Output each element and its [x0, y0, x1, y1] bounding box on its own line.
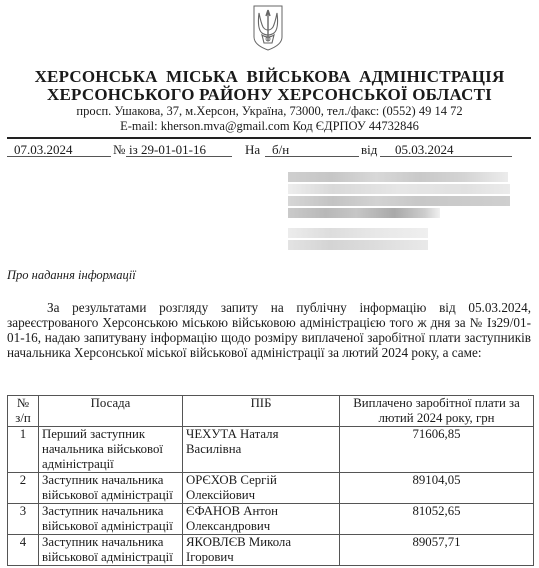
header-num: № з/п [8, 396, 39, 427]
from-label: від [361, 142, 377, 158]
reference-line: 07.03.2024 № із 29-01-01-16 На б/н від 0… [0, 142, 539, 160]
row-name: ЧЕХУТА Наталя Василівна [183, 427, 340, 473]
letterhead-divider [7, 137, 531, 139]
row-num: 4 [8, 535, 39, 566]
row-amount: 71606,85 [340, 427, 534, 473]
table-header-row: № з/п Посада ПІБ Виплачено заробітної пл… [8, 396, 534, 427]
body-paragraph: За результатами розгляду запиту на публі… [7, 300, 531, 360]
ukraine-trident-coat-of-arms-icon [253, 5, 283, 51]
row-name: ЄФАНОВ Антон Олександрович [183, 504, 340, 535]
on-label: На [245, 142, 260, 158]
salary-table: № з/п Посада ПІБ Виплачено заробітної пл… [7, 395, 534, 566]
row-position: Заступник начальника військової адмініст… [39, 504, 183, 535]
row-amount: 89104,05 [340, 473, 534, 504]
organization-address: просп. Ушакова, 37, м.Херсон, Україна, 7… [0, 104, 539, 119]
table-row: 1 Перший заступник начальника військової… [8, 427, 534, 473]
table-row: 2 Заступник начальника військової адміні… [8, 473, 534, 504]
row-num: 3 [8, 504, 39, 535]
number-label: № [113, 142, 125, 158]
row-num: 2 [8, 473, 39, 504]
organization-name-line2: ХЕРСОНСЬКОГО РАЙОНУ ХЕРСОНСЬКОЇ ОБЛАСТІ [0, 86, 539, 104]
letter-subject: Про надання інформації [7, 268, 136, 283]
organization-contact: E-mail: kherson.mva@gmail.com Код ЄДРПОУ… [0, 119, 539, 134]
table-row: 3 Заступник начальника військової адміні… [8, 504, 534, 535]
table-row: 4 Заступник начальника військової адміні… [8, 535, 534, 566]
row-name: ОРЄХОВ Сергій Олексійович [183, 473, 340, 504]
row-position: Перший заступник начальника військової а… [39, 427, 183, 473]
row-position: Заступник начальника військової адмініст… [39, 473, 183, 504]
header-amount: Виплачено заробітної плати за лютий 2024… [340, 396, 534, 427]
header-name: ПІБ [183, 396, 340, 427]
redacted-recipient [288, 172, 510, 252]
row-position: Заступник начальника військової адмініст… [39, 535, 183, 566]
header-position: Посада [39, 396, 183, 427]
organization-name-line1: ХЕРСОНСЬКА МІСЬКА ВІЙСЬКОВА АДМІНІСТРАЦІ… [0, 68, 539, 86]
row-name: ЯКОВЛЄВ Микола Ігорович [183, 535, 340, 566]
letter-body: За результатами розгляду запиту на публі… [7, 300, 531, 360]
row-amount: 81052,65 [340, 504, 534, 535]
row-amount: 89057,71 [340, 535, 534, 566]
row-num: 1 [8, 427, 39, 473]
